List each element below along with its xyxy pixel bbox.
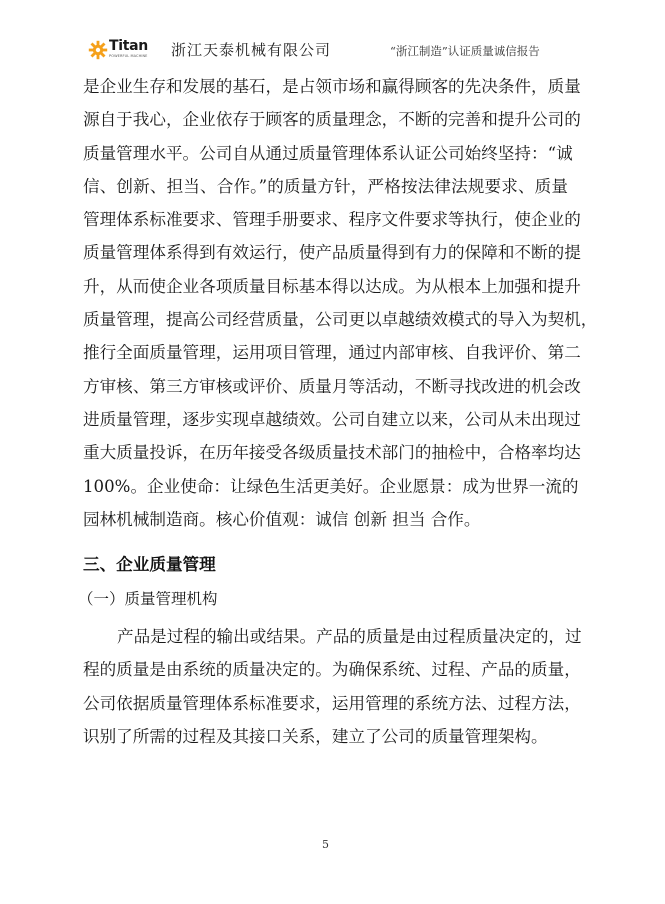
text-line: 质量管理，提高公司经营质量，公司更以卓越绩效模式的导入为契机， (83, 303, 568, 336)
report-title: “浙江制造”认证质量诚信报告 (390, 42, 540, 60)
page-number: 5 (322, 838, 329, 852)
text-line: 园林机械制造商。核心价值观：诚信 创新 担当 合作。 (83, 503, 568, 536)
company-logo: Titan POWERFUL MACHINE (88, 38, 154, 62)
text-line: 质量管理水平。公司自从通过质量管理体系认证公司始终坚持：“诚 (83, 137, 568, 170)
text-line: 程的质量是由系统的质量决定的。为确保系统、过程、产品的质量， (83, 653, 568, 686)
paragraph-quality-organization: 产品是过程的输出或结果。产品的质量是由过程质量决定的，过 程的质量是由系统的质量… (83, 620, 568, 753)
text-line: 源自于我心，企业依存于顾客的质量理念，不断的完善和提升公司的 (83, 103, 568, 136)
gear-icon (88, 40, 108, 60)
text-line: 重大质量投诉，在历年接受各级质量技术部门的抽检中，合格率均达 (83, 436, 568, 469)
text-line: 识别了所需的过程及其接口关系，建立了公司的质量管理架构。 (83, 720, 568, 753)
text-line: 公司依据质量管理体系标准要求，运用管理的系统方法、过程方法， (83, 687, 568, 720)
text-line: 推行全面质量管理，运用项目管理，通过内部审核、自我评价、第二 (83, 336, 568, 369)
logo-tagline: POWERFUL MACHINE (109, 54, 148, 58)
text-line: 管理体系标准要求、管理手册要求、程序文件要求等执行，使企业的 (83, 203, 568, 236)
logo-brand-text: Titan (109, 38, 148, 54)
text-line: 信、创新、担当、合作。”的质量方针，严格按法律法规要求、质量 (83, 170, 568, 203)
subsection-heading: （一）质量管理机构 (78, 586, 218, 612)
text-line: 100%。企业使命：让绿色生活更美好。企业愿景：成为世界一流的 (83, 470, 568, 503)
text-line: 升，从而使企业各项质量目标基本得以达成。为从根本上加强和提升 (83, 270, 568, 303)
section-heading: 三、企业质量管理 (83, 552, 216, 578)
text-line: 进质量管理，逐步实现卓越绩效。公司自建立以来，公司从未出现过 (83, 403, 568, 436)
text-line: 质量管理体系得到有效运行，使产品质量得到有力的保障和不断的提 (83, 236, 568, 269)
text-line: 是企业生存和发展的基石，是占领市场和赢得顾客的先决条件，质量 (83, 70, 568, 103)
page-header: Titan POWERFUL MACHINE 浙江天泰机械有限公司 “浙江制造”… (88, 38, 608, 64)
text-line: 产品是过程的输出或结果。产品的质量是由过程质量决定的，过 (83, 620, 568, 653)
paragraph-quality-policy: 是企业生存和发展的基石，是占领市场和赢得顾客的先决条件，质量 源自于我心，企业依… (83, 70, 568, 536)
text-line: 方审核、第三方审核或评价、质量月等活动，不断寻找改进的机会改 (83, 370, 568, 403)
company-name: 浙江天泰机械有限公司 (171, 40, 331, 60)
